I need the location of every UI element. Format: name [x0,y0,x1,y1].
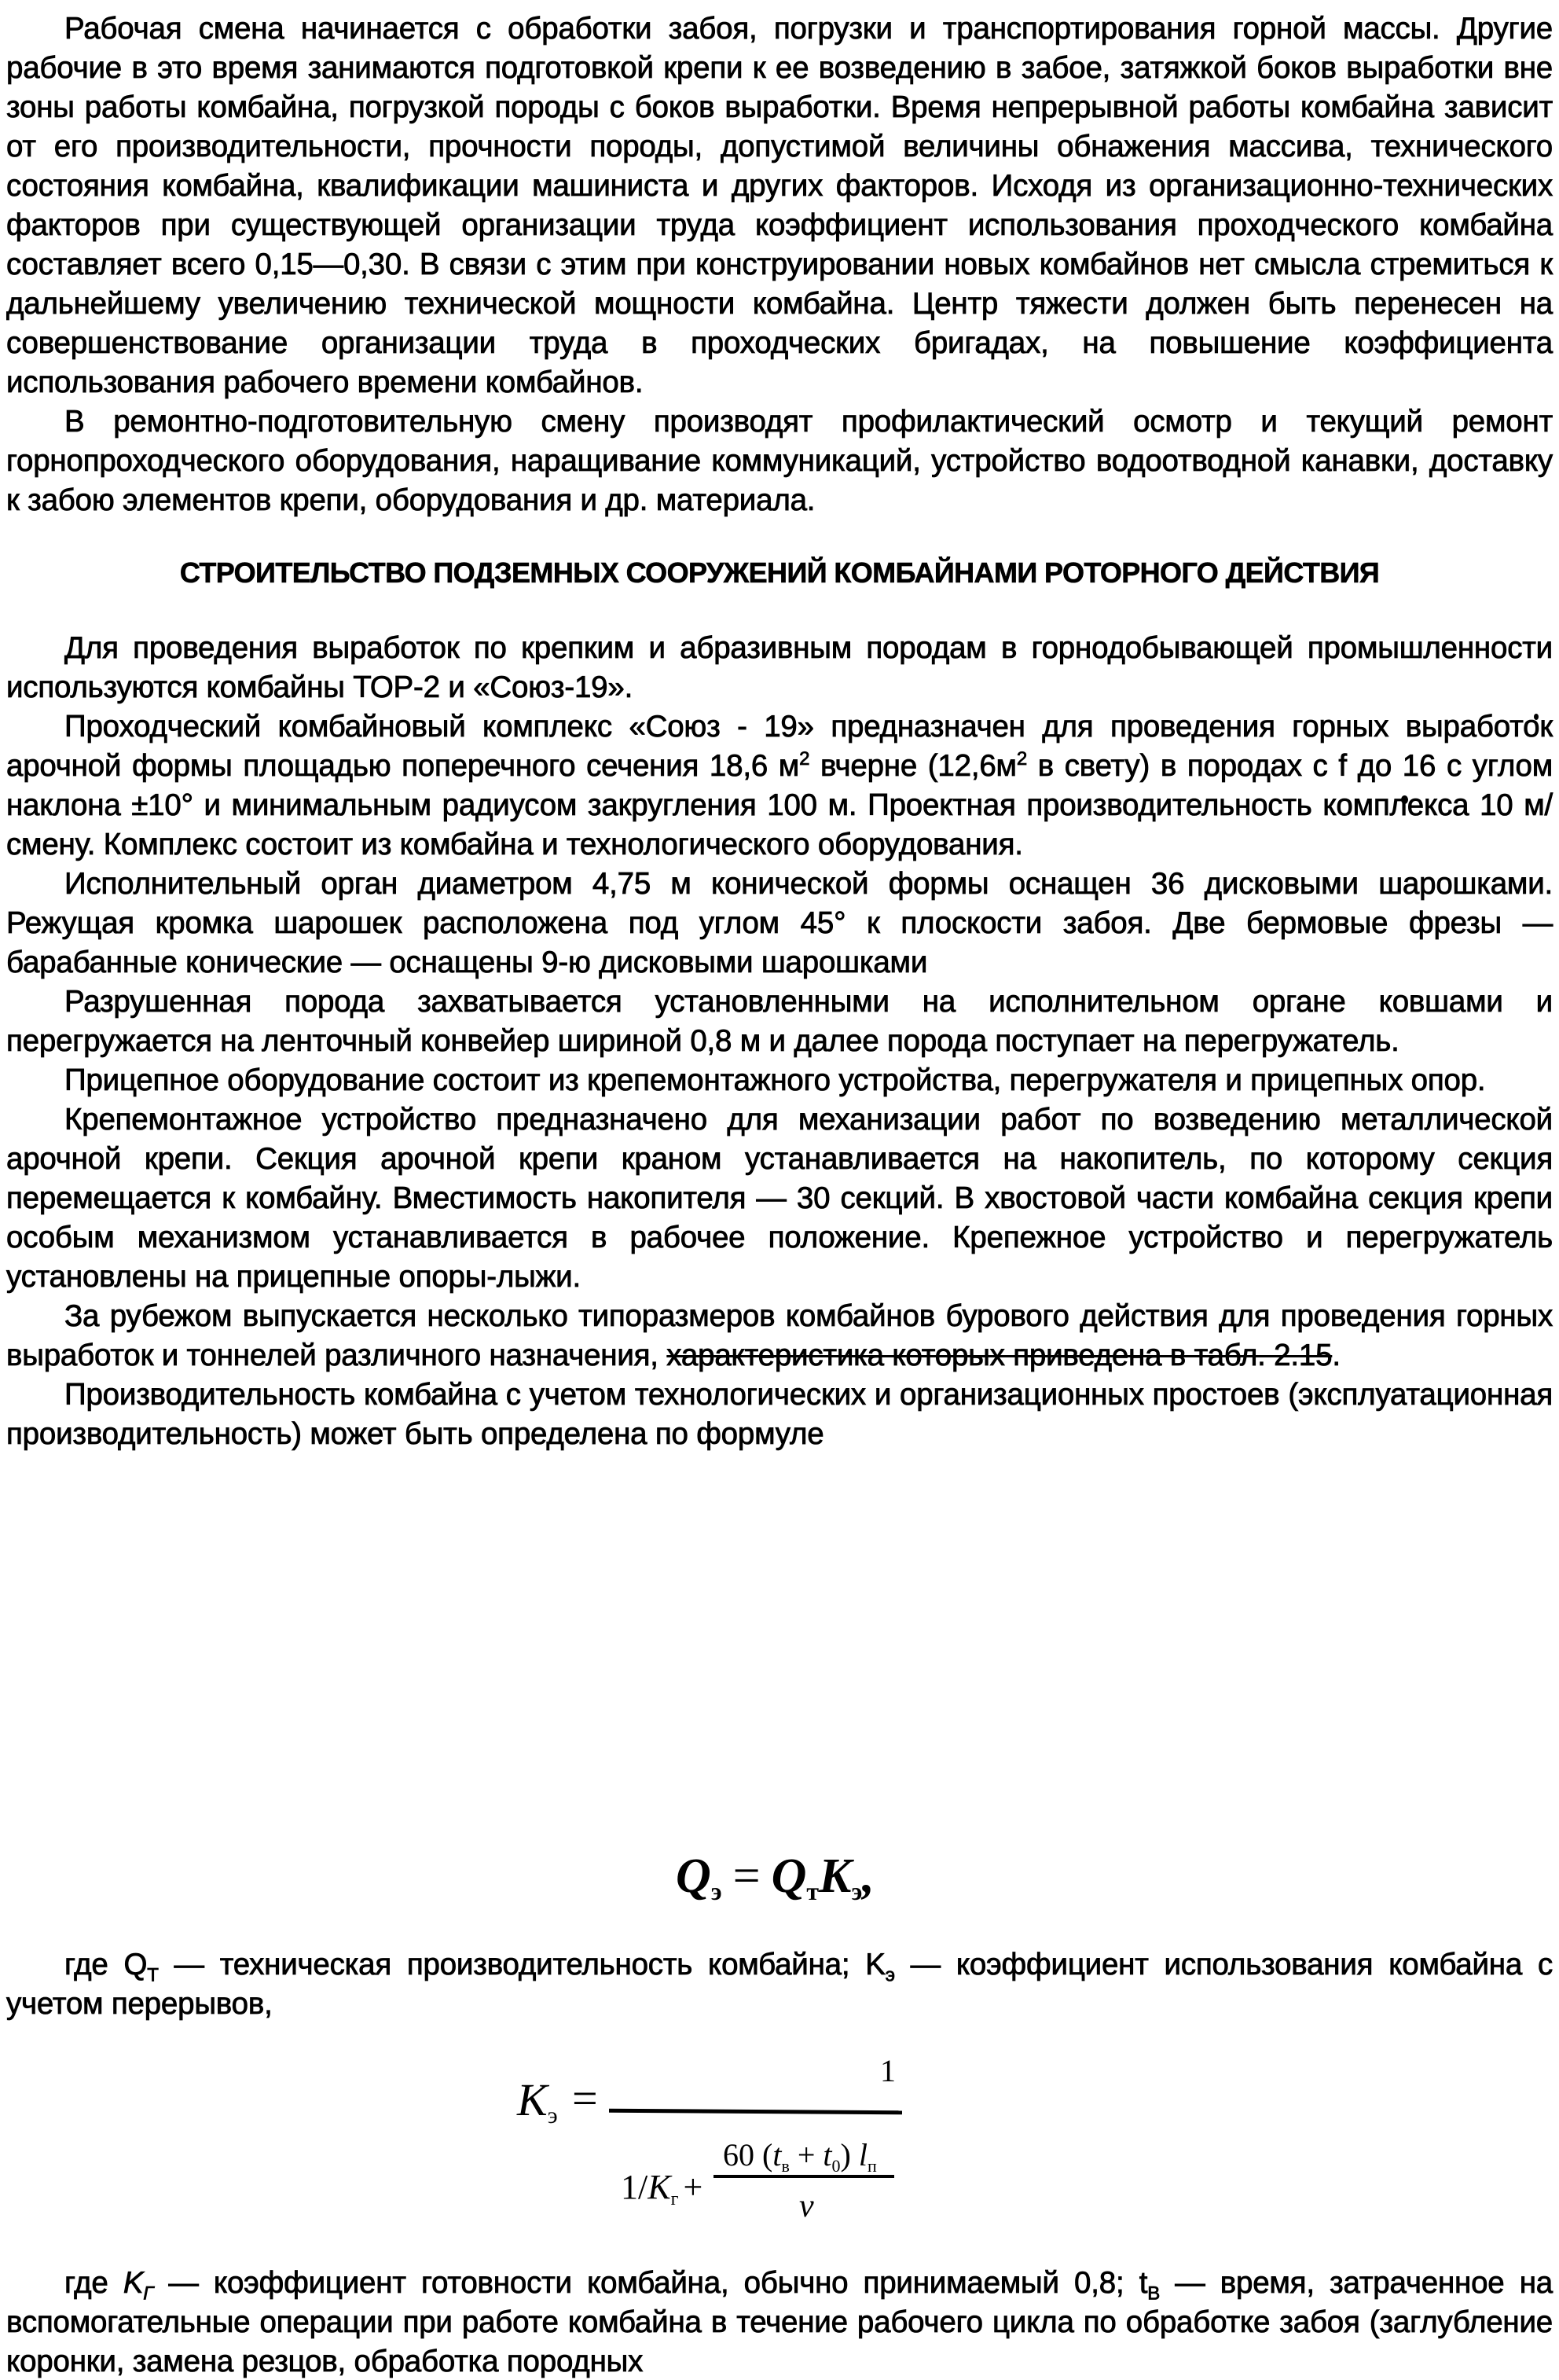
p12-k-sub: Г [143,2283,153,2305]
inner-t2: t [823,2137,831,2172]
formula1-rhs2: K [819,1849,851,1903]
formula1-rhs1: Q [772,1849,807,1903]
formula2-inner-denominator: v [799,2187,814,2226]
den-plus: + [683,2168,702,2206]
p11-mid: — техническая производительность комбайн… [159,1948,886,1981]
soyuz-text-2: вчерне (12,6м [809,749,1017,783]
document-page-bottom: где KГ — коэффициент готовности комбайна… [6,2264,1553,2380]
formula2-lhs: Kэ [517,2077,558,2124]
formula1-tail: , [862,1849,875,1903]
p11-k-sub: э [886,1965,895,1986]
formula1-rhs1-sub: т [806,1877,819,1905]
superscript-2b: 2 [1017,748,1027,769]
foreign-text-end: . [1332,1339,1341,1372]
paragraph-repair-shift: В ремонтно-подготовительную смену произв… [6,402,1553,520]
formula2-k-sub: э [548,2103,558,2128]
paragraph-productivity: Производительность комбайна с учетом тех… [6,1375,1553,1454]
p12-k: K [123,2266,143,2300]
scan-speck [1534,714,1539,720]
formula2-inner-fraction-bar [713,2175,894,2178]
formula2-inner-numerator: 60 (tв + t0) lп [723,2138,877,2172]
superscript-2: 2 [799,748,809,769]
p12-mid: — коэффициент готовности комбайна, обычн… [153,2266,1147,2300]
paragraph-foreign-combines: За рубежом выпускается несколько типораз… [6,1297,1553,1375]
paragraph-where-qt: где QТ — техническая производительность … [6,1945,1553,2024]
p11-prefix: где Q [64,1948,147,1981]
p12-t-sub: В [1147,2283,1160,2305]
den-k-sub: г [671,2189,679,2209]
formula1-lhs: Q [676,1849,711,1903]
struck-through-text: характеристика которых приведена в табл.… [666,1339,1332,1372]
section-heading: СТРОИТЕЛЬСТВО ПОДЗЕМНЫХ СООРУЖЕНИЙ КОМБА… [6,553,1553,593]
inner-plus: + [790,2137,824,2172]
p11-q-sub: Т [147,1965,158,1986]
inner-l: l [859,2137,868,2172]
paragraph-trailer-equipment: Прицепное оборудование состоит из крепем… [6,1061,1553,1100]
p12-prefix: где [64,2266,123,2300]
formula2-k: K [517,2074,548,2125]
formula1-equals: = [733,1849,761,1903]
scan-speck [1401,795,1408,804]
paragraph-work-shift: Рабочая смена начинается с обработки заб… [6,9,1553,402]
paragraph-soyuz-19-complex: Проходческий комбайновый комплекс «Союз … [6,707,1553,865]
document-page-lower: где QТ — техническая производительность … [6,1945,1553,2024]
den-prefix: 1/ [621,2168,647,2206]
inner-t2-sub: 0 [832,2156,841,2176]
den-k: K [647,2168,670,2206]
inner-close: ) [841,2137,859,2172]
paragraph-executive-organ: Исполнительный орган диаметром 4,75 м ко… [6,865,1553,982]
formula-utilization-coefficient: Kэ = 1 1/Kг+ 60 (tв + t0) lп v [503,2051,1100,2240]
inner-t: t [772,2137,781,2172]
formula1-rhs2-sub: э [851,1877,862,1905]
inner-t-sub: в [781,2156,789,2176]
paragraph-broken-rock: Разрушенная порода захватывается установ… [6,982,1553,1061]
paragraph-support-mounting: Крепемонтажное устройство предназначено … [6,1100,1553,1297]
formula-exploitation-productivity: Qэ=QтKэ, [676,1849,875,1904]
inner-l-sub: п [868,2156,877,2176]
formula2-numerator: 1 [880,2051,896,2091]
paragraph-where-kg: где KГ — коэффициент готовности комбайна… [6,2264,1553,2380]
paragraph-rotor-combines-intro: Для проведения выработок по крепким и аб… [6,629,1553,707]
formula2-fraction-bar [609,2109,902,2115]
formula1-lhs-sub: э [711,1877,722,1905]
formula2-equals: = [572,2075,598,2122]
document-page: Рабочая смена начинается с обработки заб… [6,0,1553,1454]
inner-60: 60 ( [723,2137,772,2172]
formula2-denominator: 1/Kг+ [621,2168,702,2207]
